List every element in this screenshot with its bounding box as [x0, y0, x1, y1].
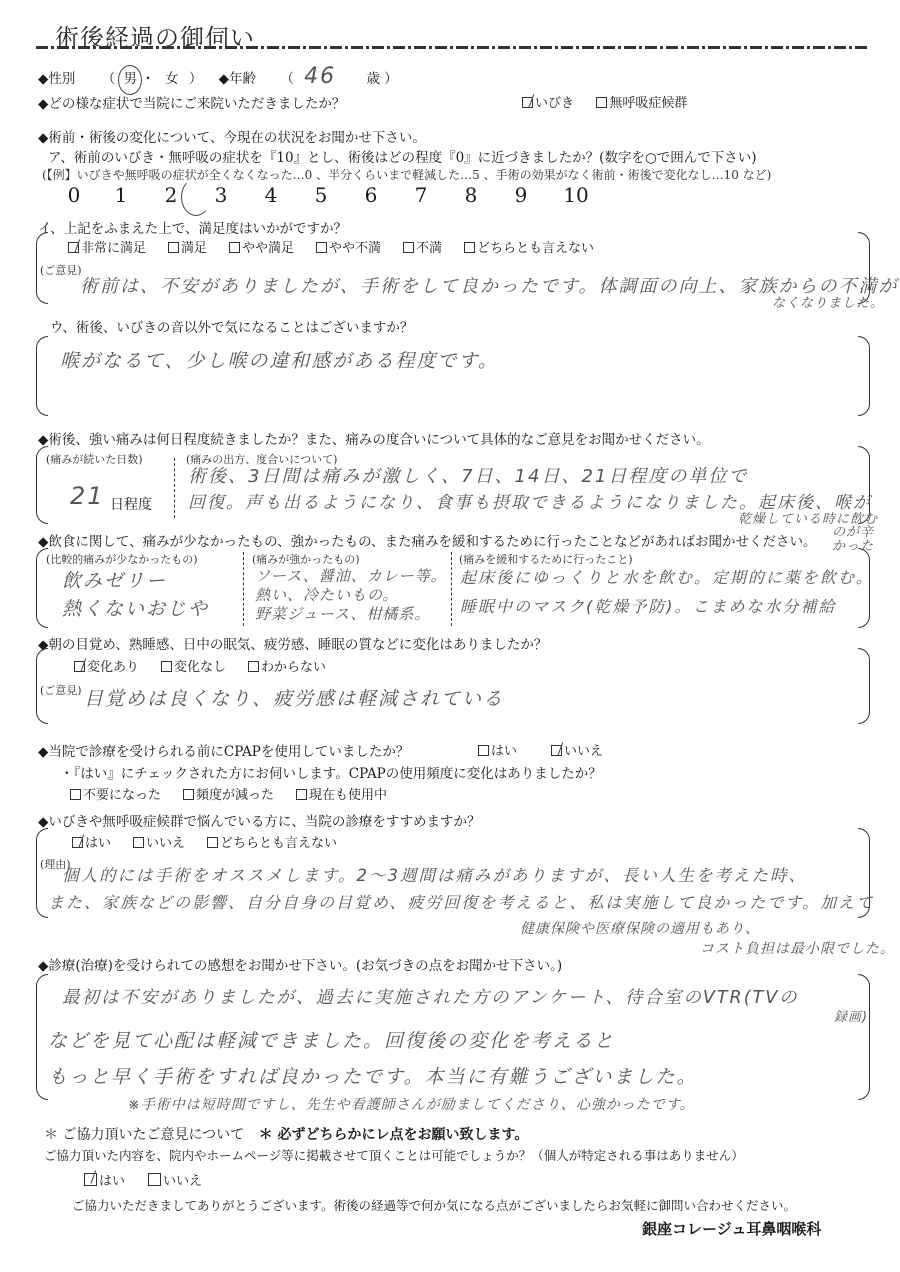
scale-8[interactable]: 8	[446, 183, 496, 207]
scale-6[interactable]: 6	[346, 183, 396, 207]
age-label: ◆年齢	[219, 71, 256, 87]
option-snoring[interactable]: いびき	[522, 92, 574, 111]
scale-7[interactable]: 7	[396, 183, 446, 207]
gender-female-option[interactable]: 女	[165, 71, 179, 87]
consent-question: ご協力頂いた内容を、院内やホームページ等に掲載させて頂くことは可能でしょうか？（…	[44, 1146, 744, 1164]
gender-label: ◆性別	[38, 71, 75, 87]
option-no[interactable]: いいえ	[133, 832, 185, 851]
satisfaction-opinion-cont[interactable]: なくなりました。	[772, 292, 884, 311]
checkbox[interactable]	[133, 837, 144, 848]
scale-row: 012345678910	[52, 183, 606, 207]
more-pain-line3[interactable]: 野菜ジュース、柑橘系。	[255, 603, 430, 624]
option-very-satisfied[interactable]: 非常に満足	[68, 237, 146, 256]
sleep-opinion[interactable]: 目覚めは良くなり、疲労感は軽減されている	[84, 684, 504, 711]
option-unknown[interactable]: わからない	[248, 656, 326, 675]
checkbox[interactable]	[148, 1173, 161, 1186]
other-concerns-question: ウ、術後、いびきの音以外で気になることはございますか？	[50, 316, 413, 336]
relief-line1[interactable]: 起床後にゆっくりと水を飲む。定期的に薬を飲む。	[460, 565, 874, 588]
age-value[interactable]: 46	[304, 64, 336, 89]
opinion-label: (ご意見)	[40, 262, 82, 278]
impression-line1b[interactable]: 録画)	[834, 1006, 868, 1025]
less-pain-label: (比較的痛みが少なかったもの)	[46, 551, 198, 567]
checkbox[interactable]	[478, 745, 489, 756]
checkbox[interactable]	[229, 242, 240, 253]
scale-10[interactable]: 10	[546, 183, 606, 207]
symptom-options: いびき 無呼吸症候群	[522, 92, 705, 111]
checkbox[interactable]	[464, 242, 475, 253]
option-neutral[interactable]: どちらとも言えない	[207, 832, 337, 851]
checkbox[interactable]	[207, 837, 218, 848]
impression-question: ◆診療(治療)を受けられての感想をお聞かせ下さい。(お気づきの点をお聞かせ下さい…	[38, 954, 562, 974]
change-example: (【例】いびきや無呼吸の症状が全くなくなった…0 、半分くらいまで軽減した…5 …	[42, 166, 771, 183]
selected-scale-circle	[181, 178, 211, 216]
title-divider	[36, 46, 868, 49]
less-pain-line1[interactable]: 飲みゼリー	[62, 566, 167, 593]
scale-5[interactable]: 5	[296, 183, 346, 207]
consent-heading: ＊ ご協力頂いたご意見について ＊ 必ずどちらかにレ点をお願い致します。	[44, 1124, 528, 1144]
impression-line2[interactable]: などを見て心配は軽減できました。回復後の変化を考えると	[48, 1026, 615, 1053]
checkbox[interactable]	[248, 661, 259, 672]
option-neutral[interactable]: どちらとも言えない	[464, 237, 594, 256]
cpap-followup: ・『はい』にチェックされた方にお伺いします。CPAPの使用頻度に変化はありました…	[60, 762, 602, 782]
column-divider	[451, 552, 452, 626]
recommend-question: ◆いびきや無呼吸症候群で悩んでいる方に、当院の診療をすすめますか？	[38, 810, 481, 830]
impression-line4[interactable]: ※手術中は短時間ですし、先生や看護師さんが励ましてくださり、心強かったです。	[128, 1094, 695, 1114]
checkbox[interactable]	[168, 242, 179, 253]
gender-male-option[interactable]: 男	[123, 71, 141, 87]
checkbox-checked[interactable]	[551, 745, 562, 756]
cpap-followup-options: 不要になった 頻度が減った 現在も使用中	[70, 784, 405, 803]
reason-line4[interactable]: コスト負担は最小限でした。	[700, 938, 895, 958]
checkbox-checked[interactable]	[74, 661, 85, 672]
impression-line3[interactable]: もっと早く手術をすれば良かったです。本当に有難うございました。	[48, 1062, 697, 1089]
scale-0[interactable]: 0	[52, 183, 96, 207]
food-question: ◆飲食に関して、痛みが少なかったもの、強かったもの、また痛みを緩和するために行っ…	[38, 530, 817, 550]
option-somewhat-dissatisfied[interactable]: やや不満	[316, 237, 381, 256]
pain-days-value[interactable]: 21	[70, 482, 105, 510]
scale-9[interactable]: 9	[496, 183, 546, 207]
option-reduced[interactable]: 頻度が減った	[183, 784, 274, 803]
option-apnea[interactable]: 無呼吸症候群	[596, 92, 687, 111]
profile-row: ◆性別 （ 男 ・ 女 ） ◆年齢 （ 46 歳 ）	[38, 64, 398, 89]
pain-detail-line1[interactable]: 術後、3日間は痛みが激しく、7日、14日、21日程度の単位で	[188, 462, 748, 488]
consent-options: はい いいえ	[84, 1170, 220, 1189]
option-not-needed[interactable]: 不要になった	[70, 784, 161, 803]
checkbox[interactable]	[161, 661, 172, 672]
option-yes[interactable]: はい	[84, 1170, 125, 1189]
option-no[interactable]: いいえ	[551, 740, 603, 759]
column-divider	[243, 552, 244, 626]
checkbox-checked[interactable]	[68, 242, 79, 253]
checkbox[interactable]	[403, 242, 414, 253]
option-yes[interactable]: はい	[72, 832, 111, 851]
cpap-options: はい いいえ	[478, 740, 621, 759]
thanks-message: ご協力いただきましてありがとうございます。術後の経過等で何か気になる点がございま…	[72, 1196, 796, 1214]
column-divider	[174, 458, 175, 518]
option-dissatisfied[interactable]: 不満	[403, 237, 442, 256]
pain-question: ◆術後、強い痛みは何日程度続きましたか？また、痛みの度合いについて具体的なご意見…	[38, 428, 710, 448]
option-yes[interactable]: はい	[478, 740, 517, 759]
clinic-name: 銀座コレージュ耳鼻咽喉科	[642, 1218, 821, 1239]
reason-line1[interactable]: 個人的には手術をオススメします。2〜3週間は痛みがありますが、長い人生を考えた時…	[62, 862, 807, 886]
satisfaction-options: 非常に満足 満足 やや満足 やや不満 不満 どちらとも言えない	[68, 237, 612, 256]
change-question: ◆術前・術後の変化について、今現在の状況をお聞かせ下さい。	[38, 126, 426, 146]
less-pain-line2[interactable]: 熱くないおじや	[62, 594, 209, 621]
symptom-question: ◆どの様な症状で当院にご来院いただきましたか？	[38, 92, 345, 112]
checkbox[interactable]	[70, 789, 81, 800]
scale-4[interactable]: 4	[246, 183, 296, 207]
checkbox[interactable]	[316, 242, 327, 253]
pain-days-label: (痛みが続いた日数)	[46, 451, 143, 467]
option-no[interactable]: いいえ	[148, 1170, 202, 1189]
checkbox[interactable]	[183, 789, 194, 800]
checkbox-checked[interactable]	[72, 837, 83, 848]
impression-line1[interactable]: 最初は不安がありましたが、過去に実施された方のアンケート、待合室のVTR(TVの	[62, 984, 799, 1009]
change-sub-a: ア、術前のいびき・無呼吸の症状を『10』とし、術後はどの程度『0』に近づきました…	[48, 146, 757, 166]
sleep-options: 変化あり 変化なし わからない	[74, 656, 344, 675]
relief-line2[interactable]: 睡眠中のマスク(乾燥予防)。こまめな水分補給	[460, 594, 837, 617]
reason-line2[interactable]: また、家族などの影響、自分自身の目覚め、疲労回復を考えると、私は実施して良かった…	[48, 890, 874, 913]
checkbox[interactable]	[296, 789, 307, 800]
option-satisfied[interactable]: 満足	[168, 237, 207, 256]
option-changed[interactable]: 変化あり	[74, 656, 139, 675]
selection-circle	[118, 65, 142, 95]
more-pain-line2[interactable]: 熱い、冷たいもの。	[255, 584, 398, 605]
opinion-label: (ご意見)	[40, 682, 82, 698]
pain-days-unit: 日程度	[110, 494, 152, 514]
option-somewhat-satisfied[interactable]: やや満足	[229, 237, 294, 256]
checkbox-checked[interactable]	[84, 1173, 97, 1186]
more-pain-line1[interactable]: ソース、醤油、カレー等。	[255, 565, 447, 586]
scale-1[interactable]: 1	[96, 183, 146, 207]
checkbox-checked[interactable]	[522, 97, 533, 108]
other-concerns-answer[interactable]: 喉がなるて、少し喉の違和感がある程度です。	[60, 346, 499, 373]
recommend-options: はい いいえ どちらとも言えない	[72, 832, 355, 851]
cpap-question: ◆当院で診療を受けられる前にCPAPを使用していましたか？	[38, 740, 409, 760]
checkbox[interactable]	[596, 97, 607, 108]
reason-line3[interactable]: 健康保険や医療保険の適用もあり、	[520, 918, 760, 938]
option-no-change[interactable]: 変化なし	[161, 656, 226, 675]
option-still-using[interactable]: 現在も使用中	[296, 784, 387, 803]
